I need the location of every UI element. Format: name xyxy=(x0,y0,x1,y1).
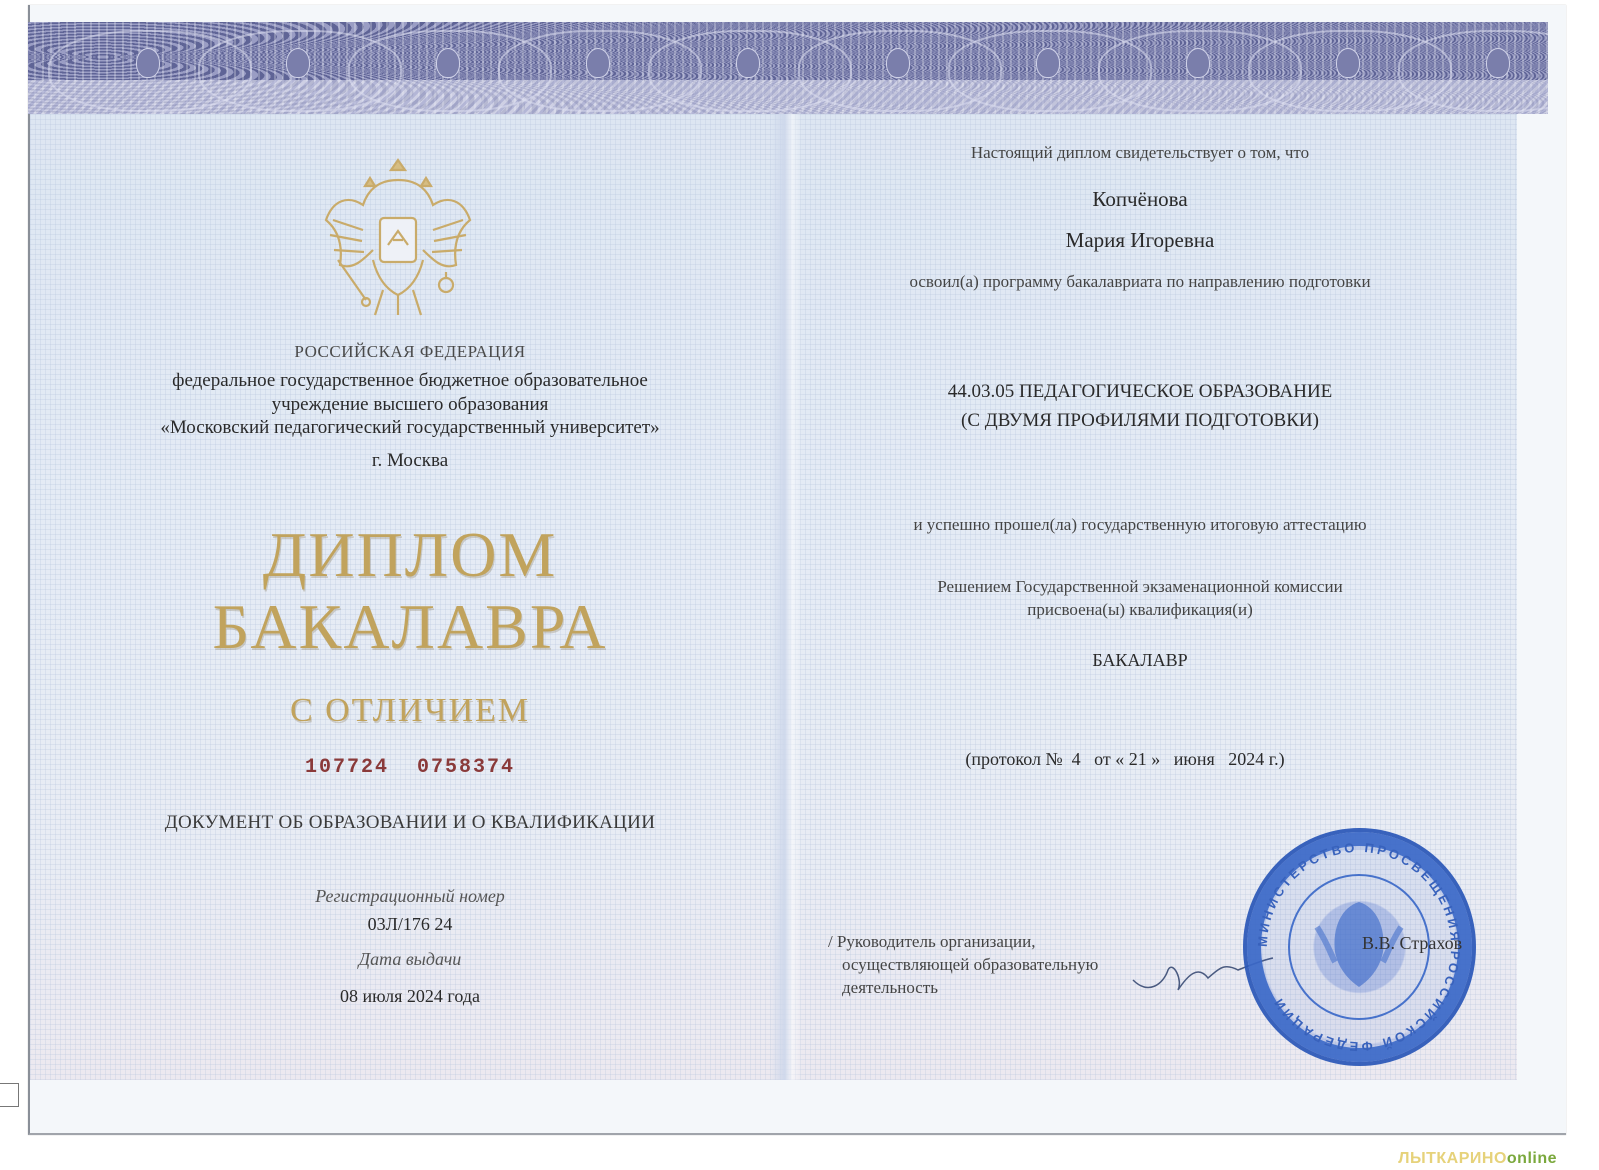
reg-number: 03Л/176 24 xyxy=(130,914,690,935)
program-line-1: 44.03.05 ПЕДАГОГИЧЕСКОЕ ОБРАЗОВАНИЕ xyxy=(840,381,1440,403)
coat-of-arms-icon xyxy=(318,150,478,325)
guilloche-emblem-icon xyxy=(1036,48,1060,78)
country-name: РОССИЙСКАЯ ФЕДЕРАЦИЯ xyxy=(130,342,690,362)
graduate-given-names: Мария Игоревна xyxy=(840,228,1440,253)
guilloche-emblem-icon xyxy=(1186,48,1210,78)
graduate-surname: Копчёнова xyxy=(840,187,1440,212)
certifies-text: Настоящий диплом свидетельствует о том, … xyxy=(840,143,1440,163)
honors-label: С ОТЛИЧИЕМ xyxy=(130,692,690,730)
scan-edge-checkbox xyxy=(0,1083,19,1107)
guilloche-emblem-icon xyxy=(586,48,610,78)
city: г. Москва xyxy=(130,450,690,472)
mastered-program-text: освоил(а) программу бакалавриата по напр… xyxy=(840,272,1440,292)
decision-line-2: присвоена(ы) квалификация(и) xyxy=(840,600,1440,620)
issue-date-label: Дата выдачи xyxy=(130,949,690,970)
protocol-reference: (протокол № 4 от « 21 » июня 2024 г.) xyxy=(810,749,1440,770)
guilloche-emblem-icon xyxy=(1486,48,1510,78)
program-line-2: (С ДВУМЯ ПРОФИЛЯМИ ПОДГОТОВКИ) xyxy=(840,410,1440,432)
institution-line-2: учреждение высшего образования xyxy=(130,394,690,416)
guilloche-emblem-icon xyxy=(1336,48,1360,78)
institution-line-1: федеральное государственное бюджетное об… xyxy=(130,370,690,392)
page-fold xyxy=(770,114,802,1080)
document-type: ДОКУМЕНТ ОБ ОБРАЗОВАНИИ И О КВАЛИФИКАЦИИ xyxy=(130,812,690,834)
diploma-title-line-1: ДИПЛОМ xyxy=(130,518,690,592)
issue-date: 08 июля 2024 года xyxy=(130,986,690,1007)
signer-role: / Руководитель организации, осуществляющ… xyxy=(828,930,1098,999)
site-watermark: ЛЫТКАРИНОonline xyxy=(1398,1150,1557,1168)
reg-number-label: Регистрационный номер xyxy=(130,886,690,907)
serial-number: 107724 0758374 xyxy=(130,756,690,779)
guilloche-emblem-icon xyxy=(436,48,460,78)
institution-line-3: «Московский педагогический государственн… xyxy=(130,417,690,439)
decision-line-1: Решением Государственной экзаменационной… xyxy=(840,577,1440,597)
guilloche-emblem-icon xyxy=(736,48,760,78)
guilloche-emblem-icon xyxy=(136,48,160,78)
signer-name: В.В. Страхов xyxy=(1362,933,1462,954)
guilloche-emblem-icon xyxy=(286,48,310,78)
qualification: БАКАЛАВР xyxy=(840,650,1440,671)
guilloche-emblem-icon xyxy=(886,48,910,78)
guilloche-header-band xyxy=(28,22,1548,114)
attestation-text: и успешно прошел(ла) государственную ито… xyxy=(840,515,1440,535)
diploma-title-line-2: БАКАЛАВРА xyxy=(130,590,690,664)
